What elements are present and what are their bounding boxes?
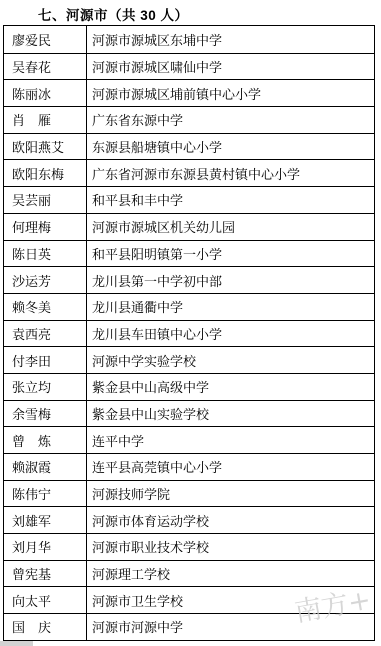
table-row: 欧阳燕艾 东源县船塘镇中心小学 xyxy=(4,133,374,160)
school-cell: 紫金县中山高级中学 xyxy=(87,374,374,400)
table-row: 付李田 河源中学实验学校 xyxy=(4,346,374,373)
name-cell: 何理梅 xyxy=(4,214,87,240)
school-cell: 河源市河源中学 xyxy=(87,614,374,640)
school-cell: 河源技师学院 xyxy=(87,481,374,507)
name-cell: 余雪梅 xyxy=(4,401,87,427)
table-row: 何理梅 河源市源城区机关幼儿园 xyxy=(4,213,374,240)
school-cell: 广东省河源市东源县黄村镇中心小学 xyxy=(87,160,374,186)
table-row: 廖爱民 河源市源城区东埔中学 xyxy=(4,26,374,53)
name-cell: 曾 炼 xyxy=(4,427,87,453)
cropped-edge-fragment xyxy=(0,641,33,646)
table-row: 国 庆 河源市河源中学 xyxy=(4,613,374,640)
table-row: 肖 雁 广东省东源中学 xyxy=(4,106,374,133)
table-row: 刘雄军 河源市体育运动学校 xyxy=(4,506,374,533)
table-row: 张立均 紫金县中山高级中学 xyxy=(4,373,374,400)
school-cell: 紫金县中山实验学校 xyxy=(87,401,374,427)
name-cell: 向太平 xyxy=(4,587,87,613)
school-cell: 河源市源城区东埔中学 xyxy=(87,26,374,53)
name-cell: 付李田 xyxy=(4,347,87,373)
school-cell: 和平县阳明镇第一小学 xyxy=(87,241,374,267)
name-cell: 吴芸丽 xyxy=(4,187,87,213)
school-cell: 广东省东源中学 xyxy=(87,107,374,133)
table-row: 曾 炼 连平中学 xyxy=(4,426,374,453)
table-row: 曾宪基 河源理工学校 xyxy=(4,560,374,587)
school-cell: 河源市源城区啸仙中学 xyxy=(87,54,374,80)
school-cell: 河源市源城区埔前镇中心小学 xyxy=(87,80,374,106)
table-row: 陈伟宁 河源技师学院 xyxy=(4,480,374,507)
school-cell: 河源中学实验学校 xyxy=(87,347,374,373)
name-cell: 沙运芳 xyxy=(4,267,87,293)
name-cell: 陈丽冰 xyxy=(4,80,87,106)
school-cell: 河源市体育运动学校 xyxy=(87,507,374,533)
school-cell: 东源县船塘镇中心小学 xyxy=(87,134,374,160)
document-page: 七、河源市（共 30 人） 廖爱民 河源市源城区东埔中学 吴春花 河源市源城区啸… xyxy=(0,0,381,646)
school-cell: 龙川县车田镇中心小学 xyxy=(87,321,374,347)
table-row: 袁西亮 龙川县车田镇中心小学 xyxy=(4,320,374,347)
table-row: 沙运芳 龙川县第一中学初中部 xyxy=(4,266,374,293)
table-row: 欧阳东梅 广东省河源市东源县黄村镇中心小学 xyxy=(4,159,374,186)
name-cell: 赖淑霞 xyxy=(4,454,87,480)
name-cell: 陈日英 xyxy=(4,241,87,267)
school-cell: 龙川县通衢中学 xyxy=(87,294,374,320)
name-cell: 张立均 xyxy=(4,374,87,400)
school-cell: 连平县高莞镇中心小学 xyxy=(87,454,374,480)
school-cell: 河源市源城区机关幼儿园 xyxy=(87,214,374,240)
school-cell: 连平中学 xyxy=(87,427,374,453)
table-row: 吴春花 河源市源城区啸仙中学 xyxy=(4,53,374,80)
name-cell: 廖爱民 xyxy=(4,26,87,53)
table-row: 陈日英 和平县阳明镇第一小学 xyxy=(4,240,374,267)
school-cell: 河源市职业技术学校 xyxy=(87,534,374,560)
table-row: 赖冬美 龙川县通衢中学 xyxy=(4,293,374,320)
table-row: 向太平 河源市卫生学校 xyxy=(4,586,374,613)
name-cell: 吴春花 xyxy=(4,54,87,80)
name-cell: 赖冬美 xyxy=(4,294,87,320)
table-row: 赖淑霞 连平县高莞镇中心小学 xyxy=(4,453,374,480)
table-row: 余雪梅 紫金县中山实验学校 xyxy=(4,400,374,427)
name-cell: 欧阳燕艾 xyxy=(4,134,87,160)
roster-table: 廖爱民 河源市源城区东埔中学 吴春花 河源市源城区啸仙中学 陈丽冰 河源市源城区… xyxy=(3,25,375,641)
name-cell: 袁西亮 xyxy=(4,321,87,347)
name-cell: 欧阳东梅 xyxy=(4,160,87,186)
school-cell: 河源市卫生学校 xyxy=(87,587,374,613)
name-cell: 国 庆 xyxy=(4,614,87,640)
name-cell: 曾宪基 xyxy=(4,561,87,587)
name-cell: 刘雄军 xyxy=(4,507,87,533)
table-row: 陈丽冰 河源市源城区埔前镇中心小学 xyxy=(4,79,374,106)
section-title: 七、河源市（共 30 人） xyxy=(38,4,189,24)
name-cell: 陈伟宁 xyxy=(4,481,87,507)
table-row: 吴芸丽 和平县和丰中学 xyxy=(4,186,374,213)
table-row: 刘月华 河源市职业技术学校 xyxy=(4,533,374,560)
name-cell: 肖 雁 xyxy=(4,107,87,133)
school-cell: 和平县和丰中学 xyxy=(87,187,374,213)
school-cell: 河源理工学校 xyxy=(87,561,374,587)
school-cell: 龙川县第一中学初中部 xyxy=(87,267,374,293)
name-cell: 刘月华 xyxy=(4,534,87,560)
